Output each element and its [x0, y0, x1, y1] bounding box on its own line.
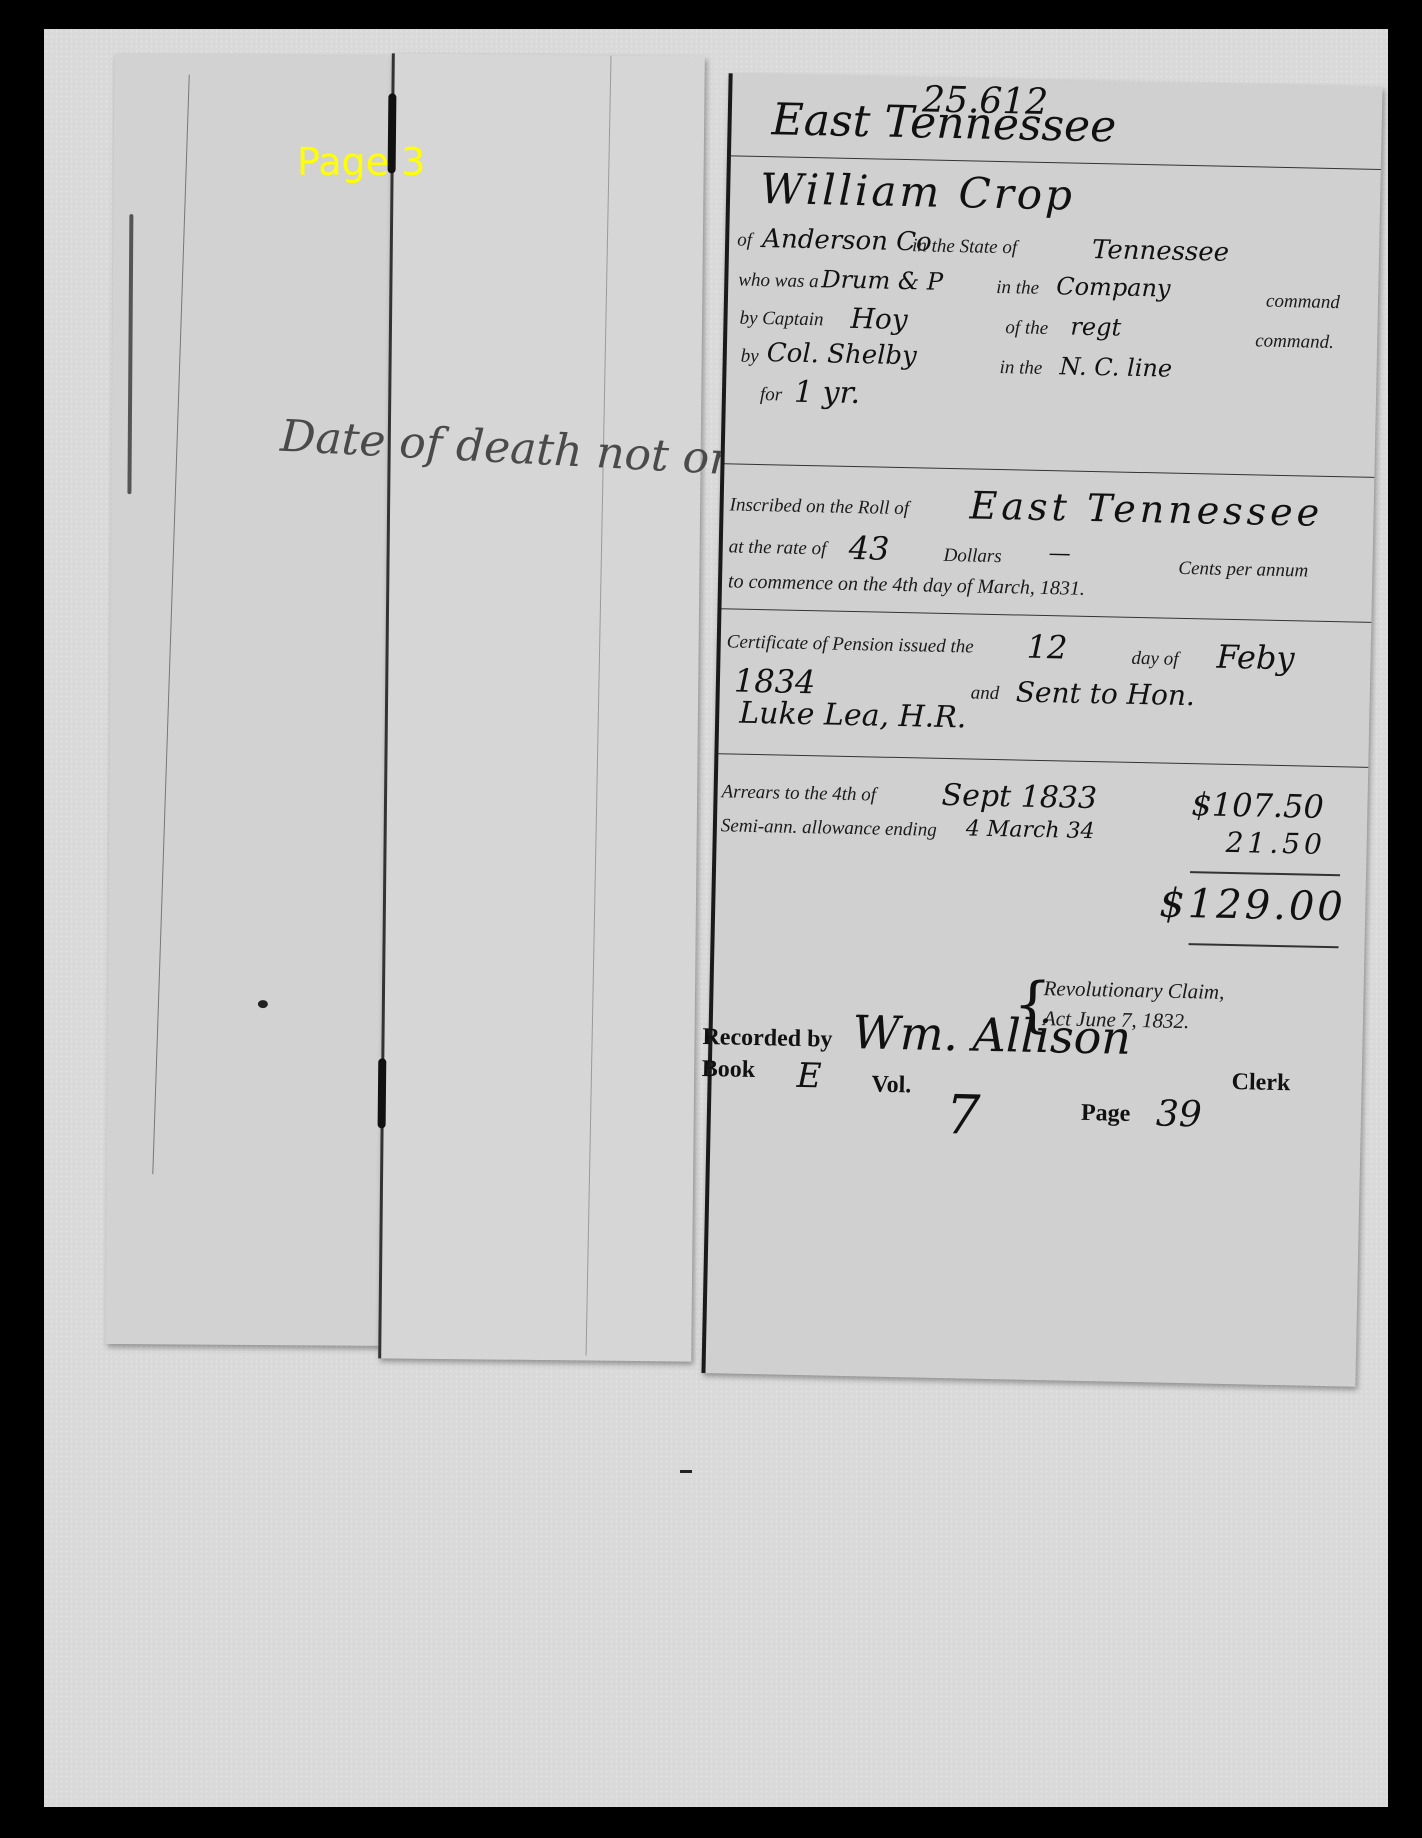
commencement-date: to commence on the 4th day of March, 183… — [728, 570, 1085, 600]
ink-spot — [258, 1000, 268, 1008]
rank: Drum & P — [821, 265, 943, 296]
service-section: of Anderson Co in the State of Tennessee… — [733, 224, 1358, 477]
roll-name: East Tennessee — [969, 483, 1323, 534]
fold-shadow — [378, 1058, 387, 1128]
folded-panel-middle — [378, 53, 705, 1361]
certificate-number: 25.612 — [922, 79, 1049, 123]
folded-panel-left — [106, 54, 396, 1346]
colonel-name: Col. Shelby — [767, 338, 918, 371]
pensioner-name: William Crop — [760, 164, 1076, 220]
recording-section: Recorded by Wm. Allison Book E Vol. 7 Cl… — [700, 1018, 1343, 1171]
issue-day: 12 — [1026, 628, 1068, 667]
captain-name: Hoy — [850, 302, 908, 336]
arrears-amount: $107.50 — [1191, 785, 1324, 826]
issue-month: Feby — [1216, 638, 1295, 678]
volume-value: 7 — [945, 1083, 981, 1147]
line-designation: N. C. line — [1059, 352, 1172, 382]
fold-crease — [586, 56, 612, 1356]
book-value: E — [796, 1056, 822, 1097]
regiment: regt — [1070, 313, 1121, 342]
sent-to: Sent to Hon. — [1015, 675, 1195, 712]
clerk-signature: Wm. Allison — [852, 1005, 1132, 1065]
sum-rule — [1189, 943, 1339, 948]
payments-section: Arrears to the 4th of Sept 1833 $107.50 … — [718, 773, 1352, 966]
semi-annual-amount: 21.50 — [1225, 826, 1326, 861]
total-amount: $129.00 — [1159, 881, 1346, 931]
rate-cents: — — [1048, 541, 1071, 566]
unit-type: Company — [1056, 272, 1171, 302]
inscription-section: Inscribed on the Roll of East Tennessee … — [728, 478, 1360, 601]
sum-rule — [1190, 871, 1340, 876]
rate-dollars: 43 — [848, 529, 890, 568]
certificate-section: Certificate of Pension issued the 12 day… — [725, 621, 1357, 744]
fold-shadow — [127, 214, 133, 494]
double-rule — [718, 753, 1368, 768]
county: Anderson Co — [762, 224, 932, 258]
double-rule — [721, 608, 1371, 623]
ink-mark — [680, 1470, 692, 1473]
page-number-label: Page 3 — [297, 140, 425, 184]
pension-record-card: East Tennessee 25.612 William Crop of An… — [701, 73, 1382, 1386]
page-value: 39 — [1156, 1093, 1203, 1135]
service-term: 1 yr. — [794, 375, 861, 411]
fold-crease — [152, 75, 189, 1174]
semi-annual-date: 4 March 34 — [966, 816, 1095, 844]
recipient-name: Luke Lea, H.R. — [739, 696, 967, 736]
state: Tennessee — [1092, 235, 1230, 268]
arrears-date: Sept 1833 — [941, 778, 1097, 816]
